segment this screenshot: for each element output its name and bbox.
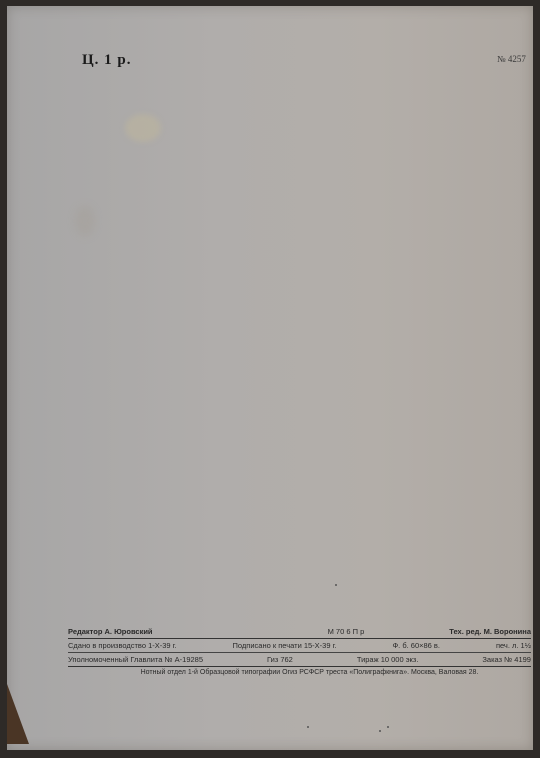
catalog-number: № 4257 bbox=[497, 54, 526, 64]
order-number: Заказ № 4199 bbox=[482, 655, 531, 664]
index-code: Ц. 1 р. bbox=[82, 52, 132, 69]
paper-stain bbox=[125, 114, 161, 142]
dust-speck bbox=[307, 726, 309, 728]
torn-corner bbox=[7, 684, 29, 744]
dust-speck bbox=[387, 726, 389, 728]
signed-date: Подписано к печати 15-Х-39 г. bbox=[233, 641, 337, 650]
divider bbox=[68, 666, 531, 667]
document-page: Ц. 1 р. № 4257 Редактор А. Юровский М 70… bbox=[7, 6, 533, 750]
divider bbox=[68, 638, 531, 639]
editor: Редактор А. Юровский bbox=[68, 627, 153, 636]
dust-speck bbox=[335, 584, 337, 586]
imprint-row-print: Уполномоченный Главлита № А-19285 Гиз 76… bbox=[68, 654, 531, 665]
giz-number: Гиз 762 bbox=[267, 655, 293, 664]
imprint-row-dates: Сдано в производство 1-Х-39 г. Подписано… bbox=[68, 640, 531, 651]
publication-code: М 70 6 П р bbox=[328, 627, 365, 636]
printed-sheets: печ. л. 1½ bbox=[496, 641, 531, 650]
paper-format: Ф. б. 60×86 в. bbox=[392, 641, 440, 650]
dust-speck bbox=[379, 730, 381, 732]
print-run: Тираж 10 000 экз. bbox=[357, 655, 419, 664]
tech-editor: Тех. ред. М. Воронина bbox=[449, 627, 531, 636]
imprint-row-editors: Редактор А. Юровский М 70 6 П р Тех. ред… bbox=[68, 626, 531, 637]
printer-info: Нотный отдел 1-й Образцовой типографии О… bbox=[68, 669, 531, 676]
divider bbox=[68, 652, 531, 653]
paper-stain bbox=[75, 206, 95, 236]
production-date: Сдано в производство 1-Х-39 г. bbox=[68, 641, 177, 650]
glavlit-number: Уполномоченный Главлита № А-19285 bbox=[68, 655, 203, 664]
imprint-block: Редактор А. Юровский М 70 6 П р Тех. ред… bbox=[68, 626, 531, 676]
